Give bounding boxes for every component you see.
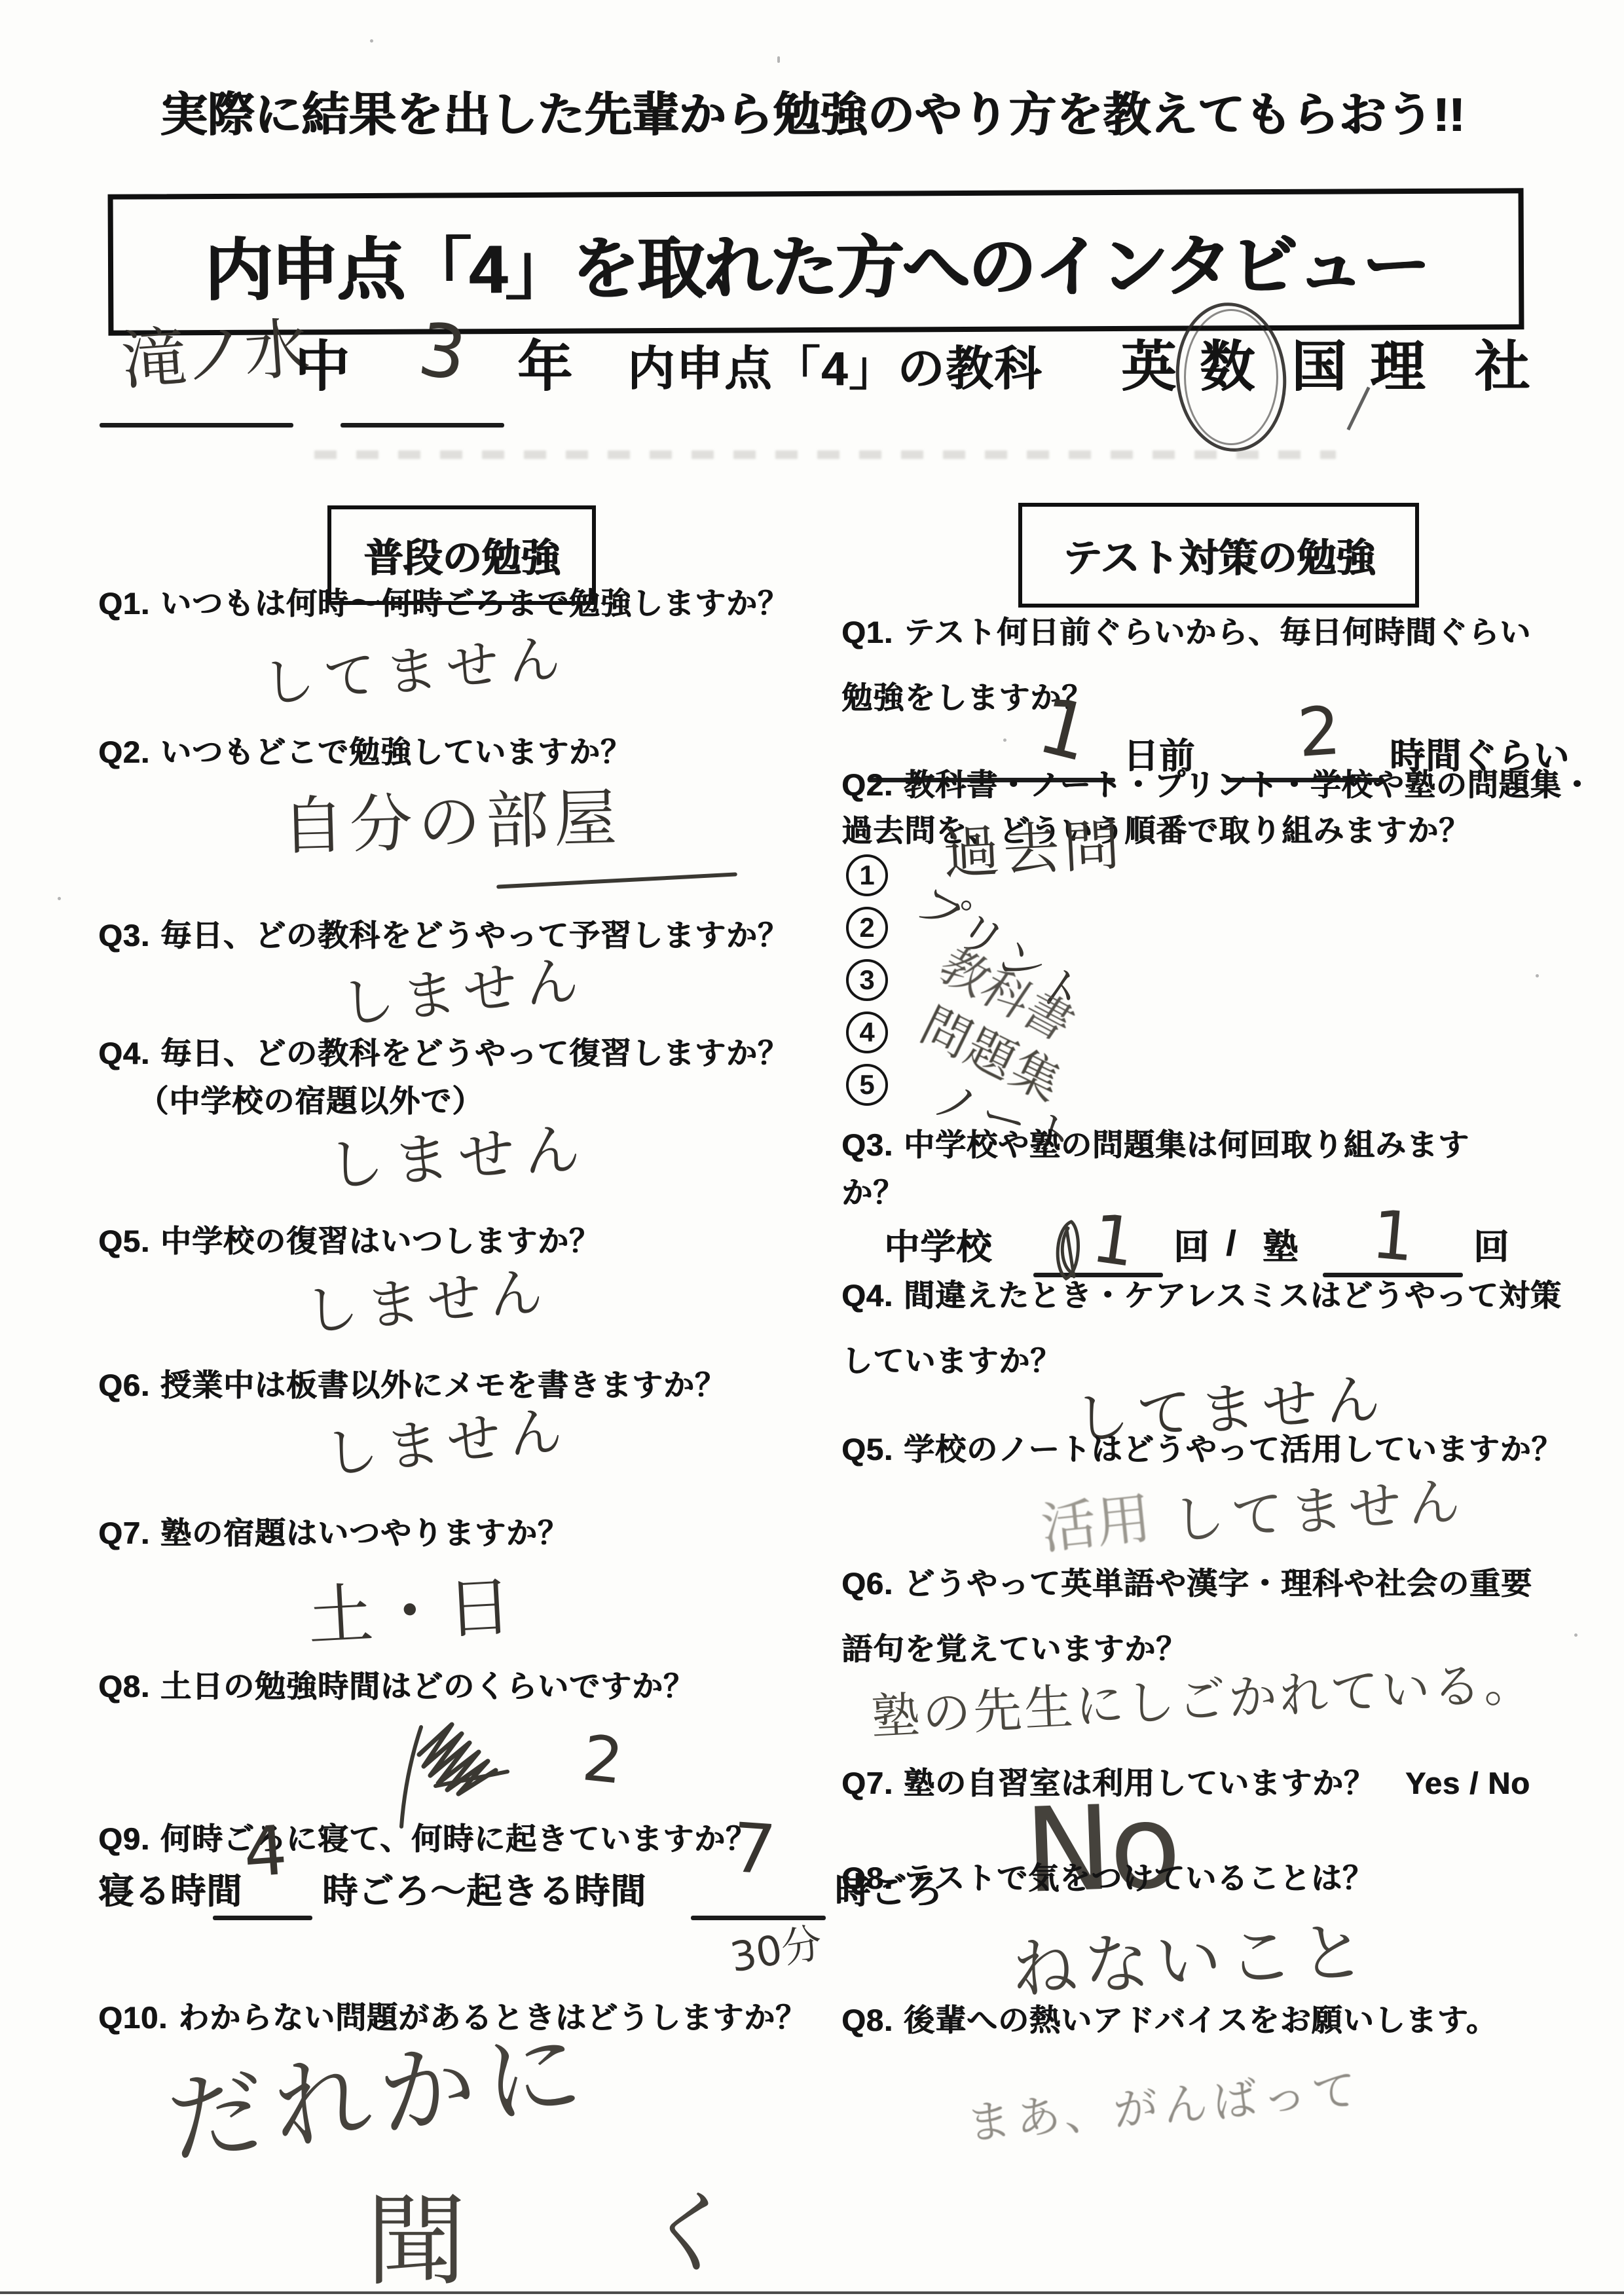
left-q1-answer: してません: [260, 632, 571, 711]
scanned-questionnaire-page: 実際に結果を出した先輩から勉強のやり方を教えてもらおう!! 内申点「4」を取れた…: [0, 0, 1624, 2296]
school-times-handwritten: 1: [1088, 1205, 1139, 1277]
right-q6-text2: 語句を覚えていますか？: [841, 1633, 1187, 1664]
right-section-title: テスト対策の勉強: [1062, 527, 1375, 583]
scan-bottom-edge-line: [0, 2291, 1624, 2294]
scan-speck: [58, 897, 61, 900]
left-q10-answer-kiku: 聞: [367, 2192, 466, 2291]
left-q5-number: Q5.: [98, 1226, 150, 1256]
right-q6-text1: どうやって英単語や漢字・理科や社会の重要: [904, 1568, 1532, 1599]
school-suffix: 中: [295, 339, 350, 394]
right-q1-number: Q1.: [841, 617, 893, 647]
right-q4-text2: していますか？: [841, 1345, 1061, 1376]
left-q3-text: 毎日、どの教科をどうやって予習しますか？: [160, 920, 789, 951]
grade-underline: [341, 423, 504, 428]
left-q6-answer: しません: [322, 1404, 573, 1483]
left-q6: Q6.授業中は板書以外にメモを書きますか？: [98, 1370, 726, 1400]
left-q1: Q1.いつもは何時～何時ごろまで勉強しますか？: [98, 588, 789, 619]
right-q8-number: Q8.: [841, 1863, 893, 1893]
circled-number-3-digit: 3: [859, 966, 874, 994]
left-q4-number: Q4.: [98, 1038, 150, 1068]
left-q9-sleep-label: 寝る時間: [98, 1874, 242, 1909]
wake-time-handwritten: 7: [729, 1813, 777, 1884]
circled-number-1: 1: [846, 854, 888, 896]
left-q2-text: いつもどこで勉強していますか？: [160, 737, 632, 767]
slash-separator: /: [1226, 1226, 1236, 1261]
circled-number-3: 3: [846, 959, 888, 1001]
right-q2-line1: Q2.教科書・ノート・プリント・学校や塾の問題集・: [841, 769, 1593, 800]
circled-number-4: 4: [846, 1011, 888, 1053]
scan-speck: [370, 39, 373, 43]
school-times-unit: 回: [1173, 1230, 1209, 1265]
sleep-time-handwritten: 4: [241, 1816, 289, 1887]
left-section-title: 普段の勉強: [363, 527, 560, 583]
circled-number-5: 5: [846, 1064, 888, 1106]
right-q2-line2: 過去問を、どういう順番で取り組みますか？: [841, 815, 1470, 846]
right-q3-line1: Q3.中学校や塾の問題集は何回取り組みます: [841, 1129, 1469, 1160]
right-q5-answer: してません: [1171, 1474, 1468, 1547]
grade-suffix: 年: [517, 339, 572, 394]
left-q5-text: 中学校の復習はいつしますか？: [160, 1226, 600, 1256]
right-q9: Q8.後輩への熱いアドバイスをお願いします。: [841, 2005, 1498, 2035]
right-q4-line2: していますか？: [841, 1345, 1061, 1376]
left-q4: Q4.毎日、どの教科をどうやって復習しますか？: [98, 1038, 789, 1068]
left-q2-answer: 自分の部屋: [281, 786, 623, 858]
circled-number-2-digit: 2: [859, 914, 874, 941]
left-q4-note: （中学校の宿題以外で）: [138, 1085, 483, 1116]
right-q2-number: Q2.: [841, 769, 893, 800]
left-q7-text: 塾の宿題はいつやりますか？: [160, 1518, 569, 1548]
order-item-1-answer: 過去問: [942, 817, 1125, 883]
left-q3-number: Q3.: [98, 920, 150, 951]
left-q8-answer: 2: [580, 1726, 626, 1793]
left-q2: Q2.いつもどこで勉強していますか？: [98, 737, 632, 767]
left-q5: Q5.中学校の復習はいつしますか？: [98, 1226, 600, 1256]
right-q9-answer: まあ、がんばって: [965, 2068, 1363, 2147]
circled-number-4-digit: 4: [859, 1019, 874, 1046]
right-q3-number: Q3.: [841, 1129, 893, 1160]
left-q1-text: いつもは何時～何時ごろまで勉強しますか？: [160, 588, 789, 619]
right-q3-text1: 中学校や塾の問題集は何回取り組みます: [904, 1129, 1469, 1160]
right-q4-number: Q4.: [841, 1280, 893, 1311]
scan-speck: [777, 56, 780, 63]
right-q5: Q5.学校のノートはどうやって活用していますか？: [841, 1434, 1562, 1465]
juku-times-label: 塾: [1263, 1230, 1299, 1265]
scan-bleed-through: [314, 450, 1336, 459]
title-box: 内申点「4」を取れた方へのインタビュー: [108, 188, 1524, 335]
left-q1-number: Q1.: [98, 588, 150, 619]
right-q6-number: Q6.: [841, 1568, 893, 1599]
left-q3: Q3.毎日、どの教科をどうやって予習しますか？: [98, 920, 789, 951]
grade-handwritten: 3: [415, 313, 471, 392]
scan-speck: [1574, 1633, 1578, 1637]
right-q3-text2: か？: [841, 1177, 904, 1208]
right-q8-text: テストで気をつけていることは？: [904, 1863, 1374, 1893]
left-q5-answer: しません: [303, 1265, 553, 1339]
left-q7-number: Q7.: [98, 1518, 150, 1548]
left-q10-answer-line1: だれかに: [162, 2022, 595, 2170]
subject-japanese: 国: [1291, 339, 1346, 394]
page-title: 内申点「4」を取れた方へのインタビュー: [204, 210, 1428, 314]
right-q9-text: 後輩への熱いアドバイスをお願いします。: [904, 2005, 1498, 2035]
right-q6-answer: 塾の先生にしごかれている。: [870, 1659, 1536, 1742]
left-q7: Q7.塾の宿題はいつやりますか？: [98, 1518, 569, 1548]
subject-science: 理: [1370, 339, 1425, 394]
subjects-label: 内申点「4」の教科: [627, 346, 1043, 393]
circled-number-5-digit: 5: [859, 1071, 874, 1099]
right-q2-text1: 教科書・ノート・プリント・学校や塾の問題集・: [904, 769, 1593, 800]
right-q1-line1: Q1.テスト何日前ぐらいから、毎日何時間ぐらい: [841, 617, 1531, 647]
left-q6-text: 授業中は板書以外にメモを書きますか？: [160, 1370, 726, 1400]
left-q8-number: Q8.: [98, 1671, 150, 1702]
right-q8-answer: ねないこと: [1010, 1919, 1373, 2003]
juku-times-unit: 回: [1473, 1230, 1509, 1265]
handwritten-underline-flick: [496, 872, 737, 888]
left-q9-mid-label: 時ごろ～起きる時間: [322, 1874, 646, 1909]
left-q7-answer: 土・日: [306, 1574, 518, 1650]
left-q9-number: Q9.: [98, 1823, 150, 1854]
school-times-label: 中学校: [884, 1230, 992, 1265]
right-q6-line2: 語句を覚えていますか？: [841, 1633, 1187, 1664]
sleep-time-underline: [213, 1916, 312, 1920]
right-q5-answer-faint-part: 活用: [1039, 1490, 1154, 1556]
right-q7: Q7.塾の自習室は利用していますか？Yes / No: [841, 1768, 1530, 1798]
left-q8-text: 土日の勉強時間はどのくらいですか？: [160, 1671, 695, 1702]
left-q10-answer-ku: く: [638, 2181, 741, 2284]
right-q5-text: 学校のノートはどうやって活用していますか？: [904, 1434, 1563, 1465]
right-q7-number: Q7.: [841, 1768, 893, 1798]
scan-speck: [1536, 974, 1539, 977]
left-q9: Q9.何時ごろに寝て、何時に起きていますか？: [98, 1823, 757, 1854]
circled-number-2: 2: [846, 907, 888, 949]
right-section-box: テスト対策の勉強: [1018, 503, 1419, 608]
left-q3-answer: しません: [339, 953, 589, 1032]
left-q4-answer: しません: [325, 1120, 591, 1195]
circled-number-1-digit: 1: [859, 862, 874, 889]
right-q9-number: Q8.: [841, 2005, 893, 2035]
subject-english: 英: [1121, 339, 1176, 394]
left-q8: Q8.土日の勉強時間はどのくらいですか？: [98, 1671, 695, 1702]
right-q8: Q8.テストで気をつけていることは？: [841, 1863, 1374, 1893]
right-q2-text2: 過去問を、どういう順番で取り組みますか？: [841, 815, 1470, 846]
school-name-underline: [100, 423, 293, 428]
left-q10: Q10.わからない問題があるときはどうしますか？: [98, 2002, 807, 2033]
left-q6-number: Q6.: [98, 1370, 150, 1400]
hours-handwritten: 2: [1296, 698, 1343, 767]
scribbled-out-word-mark: [383, 1715, 524, 1830]
right-q5-number: Q5.: [841, 1434, 893, 1465]
right-q4-line1: Q4.間違えたとき・ケアレスミスはどうやって対策: [841, 1280, 1561, 1311]
stray-pen-mark: [1346, 387, 1370, 431]
wake-time-underline: [691, 1916, 826, 1920]
page-tagline: 実際に結果を出した先輩から勉強のやり方を教えてもらおう!!: [0, 92, 1624, 139]
right-q3-line2: か？: [841, 1177, 904, 1208]
wake-minutes-handwritten: 30分: [728, 1922, 826, 1978]
right-q6-line1: Q6.どうやって英単語や漢字・理科や社会の重要: [841, 1568, 1532, 1599]
subject-social: 社: [1475, 339, 1530, 394]
right-q7-yes-no: Yes / No: [1405, 1768, 1530, 1798]
school-times-scribble-mark: [1046, 1216, 1092, 1285]
right-q4-text1: 間違えたとき・ケアレスミスはどうやって対策: [904, 1280, 1562, 1311]
scan-speck: [1003, 738, 1006, 742]
left-q10-number: Q10.: [98, 2002, 168, 2033]
juku-times-handwritten: 1: [1369, 1201, 1418, 1271]
right-q1-text1: テスト何日前ぐらいから、毎日何時間ぐらい: [904, 617, 1531, 647]
school-name-handwritten: 滝ノ水: [119, 316, 308, 393]
left-q4-text: 毎日、どの教科をどうやって復習しますか？: [160, 1038, 789, 1068]
left-q2-number: Q2.: [98, 737, 150, 767]
